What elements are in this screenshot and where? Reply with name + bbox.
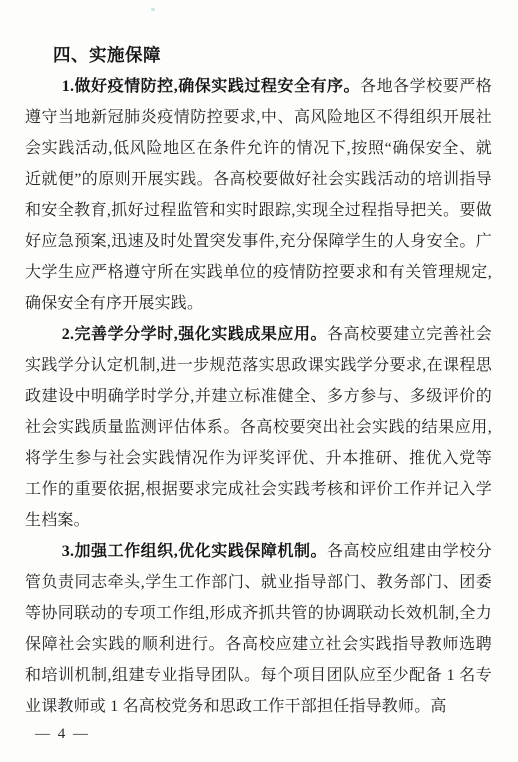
document-page: 四、实施保障 1.做好疫情防控,确保实践过程安全有序。各地各学校要严格遵守当地新…: [0, 0, 518, 762]
paragraph-3-body: 各高校应组建由学校分管负责同志牵头,学生工作部门、就业指导部门、教务部门、团委等…: [25, 543, 492, 715]
document-body: 四、实施保障 1.做好疫情防控,确保实践过程安全有序。各地各学校要严格遵守当地新…: [25, 40, 492, 722]
paragraph-2-body: 各高校要建立完善社会实践学分认定机制,进一步规范落实思政课实践学分要求,在课程思…: [25, 326, 492, 529]
scan-speck: [151, 8, 155, 11]
paragraph-2-lead: 2.完善学分学时,强化实践成果应用。: [62, 326, 327, 343]
page-number: — 4 —: [35, 726, 90, 743]
paragraph-2: 2.完善学分学时,强化实践成果应用。各高校要建立完善社会实践学分认定机制,进一步…: [25, 319, 492, 536]
paragraph-1-lead: 1.做好疫情防控,确保实践过程安全有序。: [62, 78, 360, 95]
paragraph-1-body: 各地各学校要严格遵守当地新冠肺炎疫情防控要求,中、高风险地区不得组织开展社会实践…: [25, 78, 492, 312]
section-heading: 四、实施保障: [53, 40, 492, 71]
paragraph-1: 1.做好疫情防控,确保实践过程安全有序。各地各学校要严格遵守当地新冠肺炎疫情防控…: [25, 71, 492, 319]
paragraph-3-lead: 3.加强工作组织,优化实践保障机制。: [62, 543, 327, 560]
paragraph-3: 3.加强工作组织,优化实践保障机制。各高校应组建由学校分管负责同志牵头,学生工作…: [25, 536, 492, 722]
